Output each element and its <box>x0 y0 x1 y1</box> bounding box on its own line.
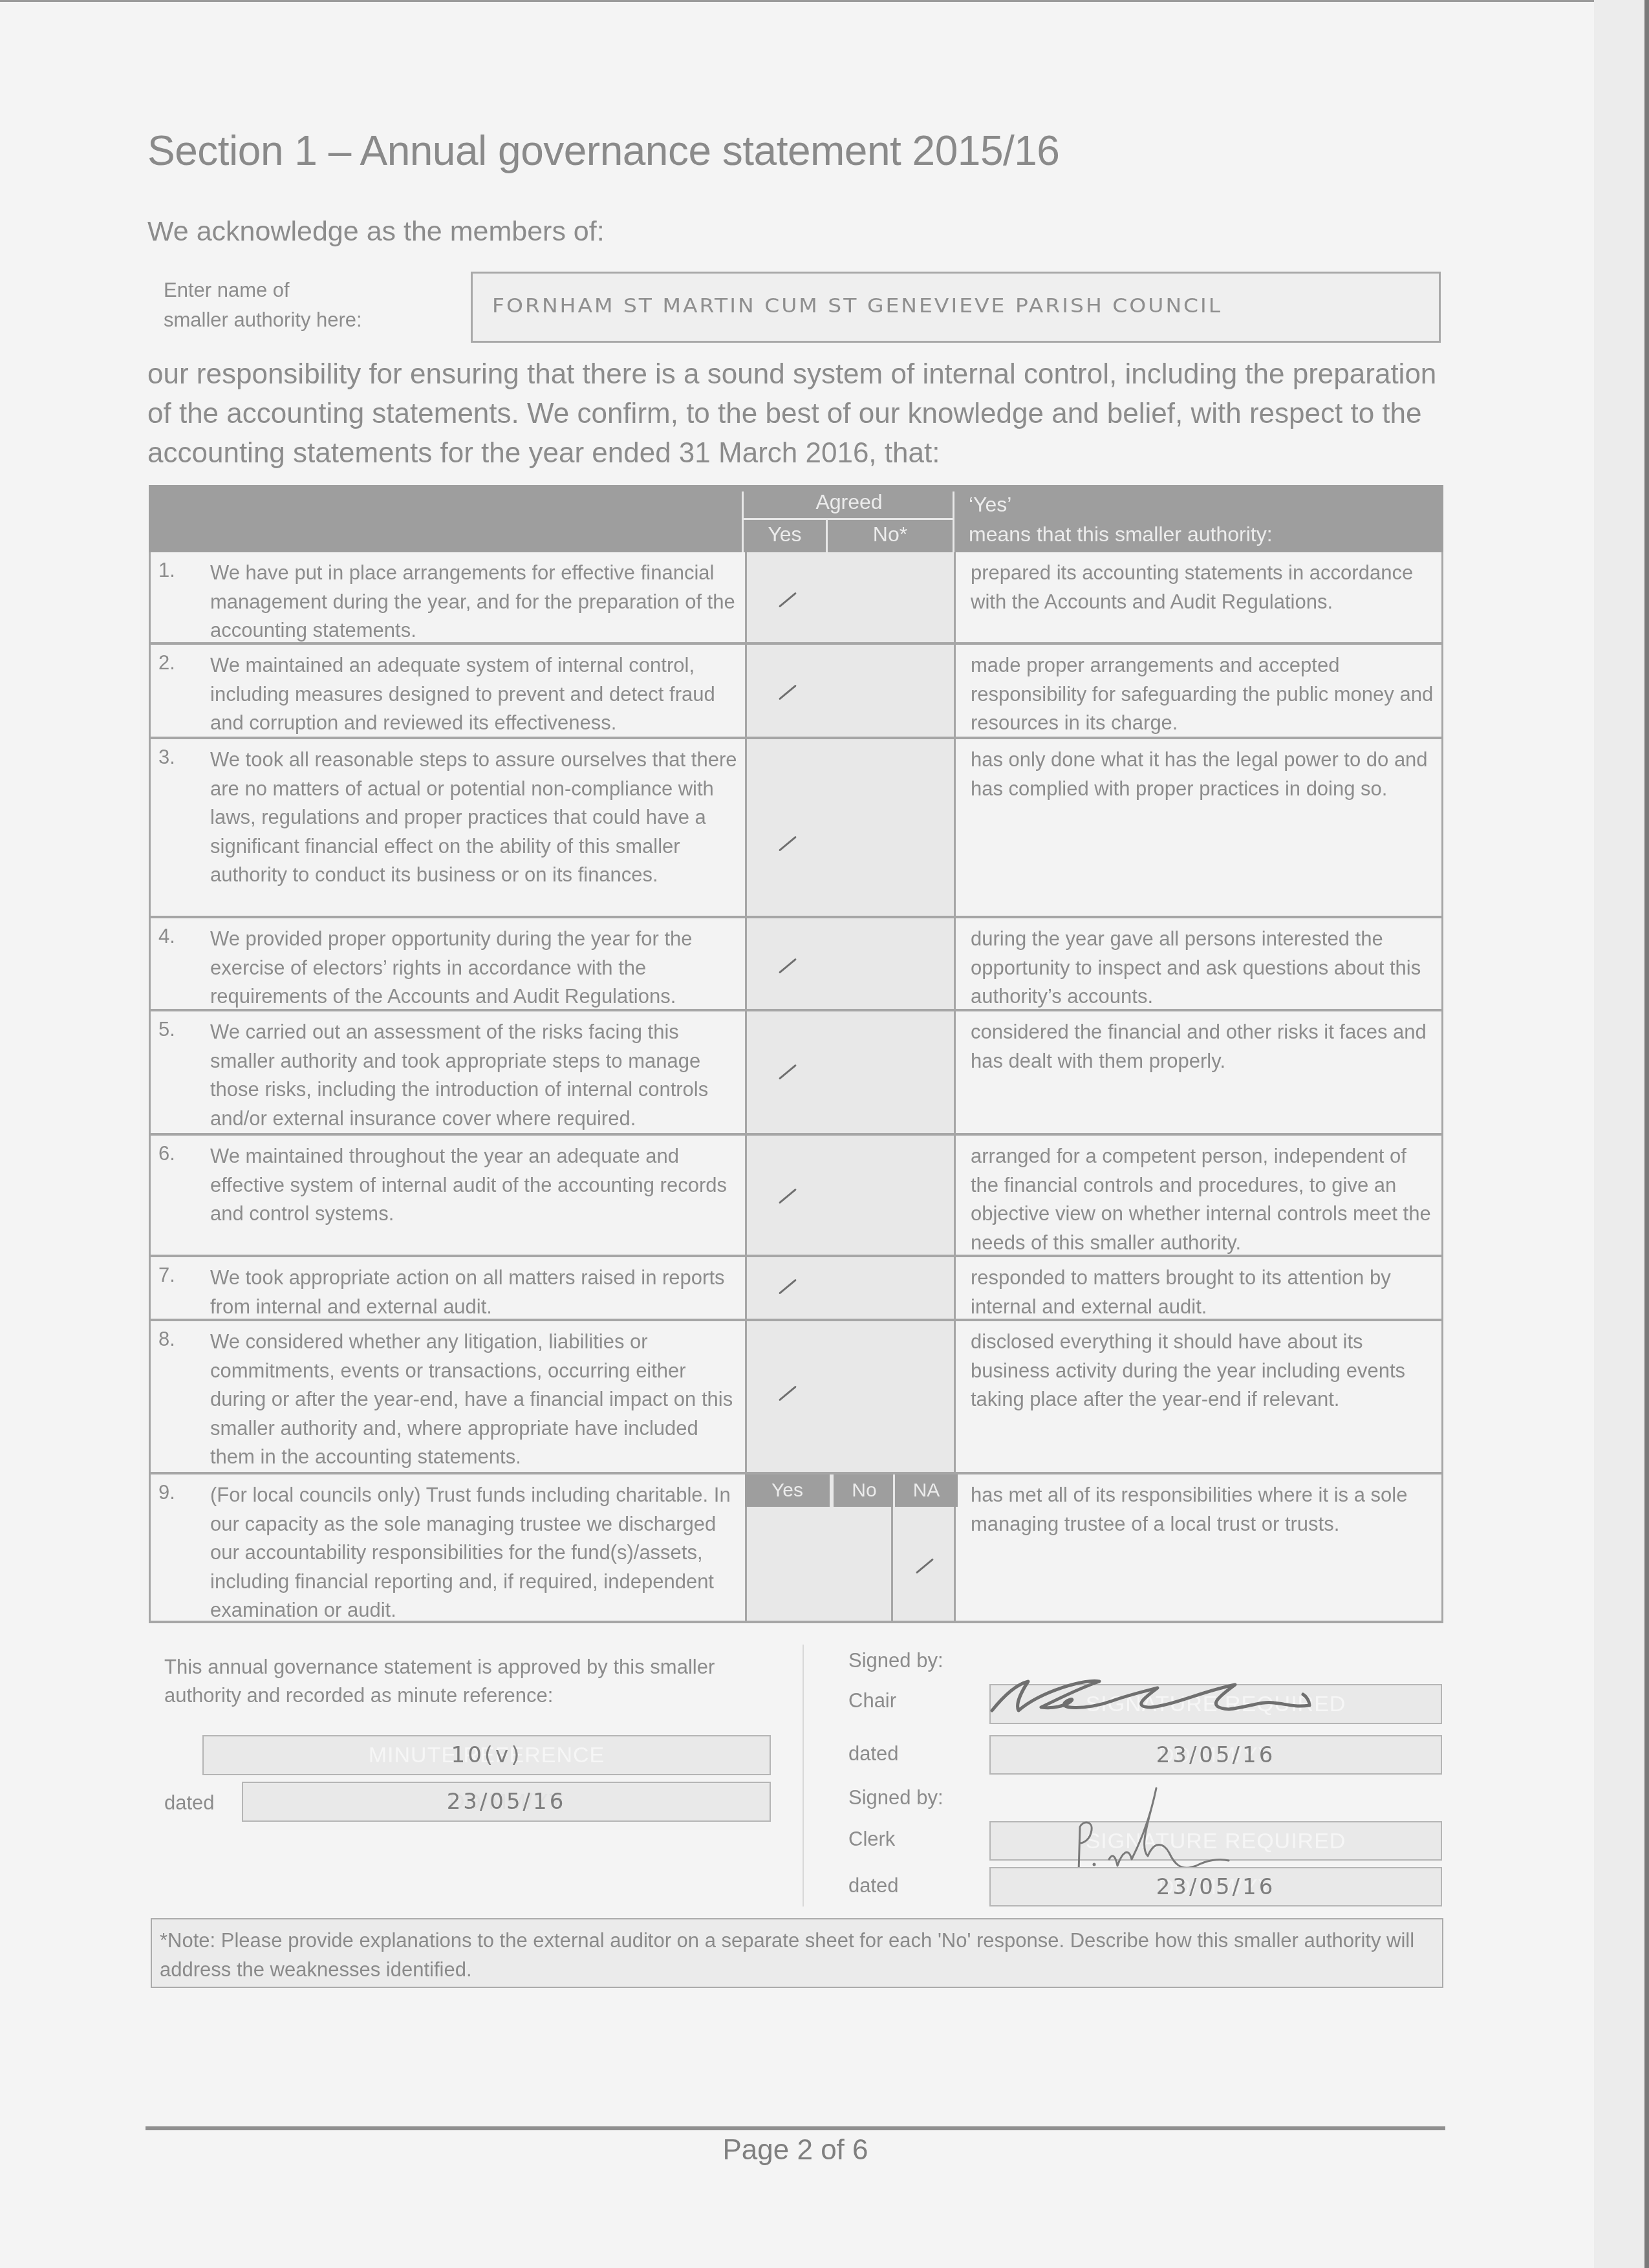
table-row: 7.We took appropriate action on all matt… <box>149 1257 1443 1321</box>
yes-header: Yes <box>744 523 826 546</box>
table-row: 6.We maintained throughout the year an a… <box>149 1136 1443 1257</box>
row-number: 7. <box>158 1264 175 1287</box>
approval-dated-label: dated <box>164 1791 215 1815</box>
table-row: 5.We carried out an assessment of the ri… <box>149 1011 1443 1136</box>
authority-label-line2: smaller authority here: <box>164 305 362 335</box>
means-header-line2: means that this smaller authority: <box>969 523 1273 546</box>
page-right-margin <box>1594 0 1644 2268</box>
row-meaning: has met all of its responsibilities wher… <box>971 1481 1436 1539</box>
chair-signature-icon <box>989 1672 1442 1730</box>
table-row: 4.We provided proper opportunity during … <box>149 918 1443 1011</box>
no-option-header: No <box>832 1474 895 1507</box>
authority-name-value: FORNHAM ST MARTIN CUM ST GENEVIEVE PARIS… <box>492 294 1222 317</box>
no-checkbox-cell[interactable] <box>830 1257 956 1319</box>
table-row: 8.We considered whether any litigation, … <box>149 1321 1443 1474</box>
row-number: 2. <box>158 651 175 675</box>
means-header-line1: ‘Yes’ <box>969 493 1011 517</box>
yes-checkbox-cell[interactable] <box>745 1321 832 1472</box>
row-meaning: during the year gave all persons interes… <box>971 925 1436 1011</box>
minute-reference-value: 10(v) <box>204 1742 770 1768</box>
no-checkbox-cell[interactable] <box>830 645 956 737</box>
row-number: 9. <box>158 1481 175 1504</box>
table-row: YesNoNA9.(For local councils only) Trust… <box>149 1474 1443 1623</box>
page-title: Section 1 – Annual governance statement … <box>147 127 1059 175</box>
header-divider <box>742 518 954 520</box>
table-row: 1.We have put in place arrangements for … <box>149 552 1443 645</box>
row-meaning: considered the financial and other risks… <box>971 1018 1436 1075</box>
chair-dated-label: dated <box>848 1742 899 1766</box>
clerk-date-value: 23/05/16 <box>991 1874 1441 1900</box>
row-number: 6. <box>158 1142 175 1165</box>
clerk-dated-label: dated <box>848 1874 899 1897</box>
row-statement: We considered whether any litigation, li… <box>210 1328 740 1472</box>
acknowledge-text: We acknowledge as the members of: <box>147 216 605 248</box>
clerk-label: Clerk <box>848 1828 895 1851</box>
row-number: 5. <box>158 1018 175 1041</box>
approval-date-value: 23/05/16 <box>243 1789 770 1815</box>
no-checkbox-cell[interactable] <box>830 1321 956 1472</box>
approval-text: This annual governance statement is appr… <box>164 1653 779 1710</box>
row-statement: We maintained an adequate system of inte… <box>210 651 740 738</box>
row-meaning: prepared its accounting statements in ac… <box>971 559 1436 616</box>
clerk-date-field[interactable]: DD/MM/YY 23/05/16 <box>989 1867 1442 1906</box>
page-number: Page 2 of 6 <box>0 2134 1591 2166</box>
signature-divider <box>803 1645 804 1906</box>
approval-date-field[interactable]: DD/MM/YY 23/05/16 <box>242 1782 771 1822</box>
chair-date-field[interactable]: DD/MM/YY 23/05/16 <box>989 1735 1442 1775</box>
row-number: 4. <box>158 925 175 948</box>
row-statement: We carried out an assessment of the risk… <box>210 1018 740 1133</box>
no-checkbox-cell[interactable] <box>830 552 956 642</box>
row-statement: We took all reasonable steps to assure o… <box>210 746 740 890</box>
page-top-edge <box>0 0 1649 2</box>
row-statement: We maintained throughout the year an ade… <box>210 1142 740 1229</box>
na-option-header: NA <box>893 1474 958 1507</box>
minute-reference-field[interactable]: MINUTE REFERENCE 10(v) <box>202 1735 771 1775</box>
governance-table: Agreed Yes No* ‘Yes’ means that this sma… <box>149 485 1443 1623</box>
note-text: *Note: Please provide explanations to th… <box>160 1926 1429 1984</box>
row-meaning: made proper arrangements and accepted re… <box>971 651 1436 738</box>
row-statement: We provided proper opportunity during th… <box>210 925 740 1011</box>
authority-name-field[interactable]: FORNHAM ST MARTIN CUM ST GENEVIEVE PARIS… <box>471 272 1441 343</box>
footer-rule <box>145 2126 1445 2130</box>
no-header: No* <box>828 523 953 546</box>
row-statement: We took appropriate action on all matter… <box>210 1264 740 1321</box>
row-number: 1. <box>158 559 175 582</box>
table-row: 3.We took all reasonable steps to assure… <box>149 739 1443 918</box>
row-meaning: responded to matters brought to its atte… <box>971 1264 1436 1321</box>
chair-label: Chair <box>848 1689 896 1712</box>
scan-edge <box>1644 0 1649 2268</box>
yes-checkbox-cell[interactable] <box>745 1257 832 1319</box>
no-checkbox-cell[interactable] <box>830 918 956 1009</box>
no-checkbox-cell[interactable] <box>830 1136 956 1255</box>
row-statement: We have put in place arrangements for ef… <box>210 559 740 645</box>
row-number: 8. <box>158 1328 175 1351</box>
table-row: 2.We maintained an adequate system of in… <box>149 645 1443 739</box>
row-meaning: arranged for a competent person, indepen… <box>971 1142 1436 1257</box>
clerk-signature-icon <box>1073 1782 1306 1879</box>
clerk-signed-by-label: Signed by: <box>848 1786 943 1809</box>
authority-name-label: Enter name of smaller authority here: <box>164 275 362 335</box>
intro-paragraph: our responsibility for ensuring that the… <box>147 354 1447 473</box>
table-header: Agreed Yes No* ‘Yes’ means that this sma… <box>149 485 1443 552</box>
agreed-header: Agreed <box>744 490 954 514</box>
no-checkbox-cell[interactable] <box>830 1011 956 1133</box>
row-statement: (For local councils only) Trust funds in… <box>210 1481 740 1625</box>
note-box: *Note: Please provide explanations to th… <box>151 1918 1443 1988</box>
authority-label-line1: Enter name of <box>164 275 362 305</box>
yes-checkbox-cell[interactable] <box>745 739 832 916</box>
row-meaning: has only done what it has the legal powe… <box>971 746 1436 803</box>
chair-date-value: 23/05/16 <box>991 1742 1441 1768</box>
yes-option-header: Yes <box>745 1474 830 1507</box>
row-number: 3. <box>158 746 175 769</box>
no-checkbox-cell[interactable] <box>830 739 956 916</box>
row-meaning: disclosed everything it should have abou… <box>971 1328 1436 1414</box>
chair-signed-by-label: Signed by: <box>848 1649 943 1672</box>
